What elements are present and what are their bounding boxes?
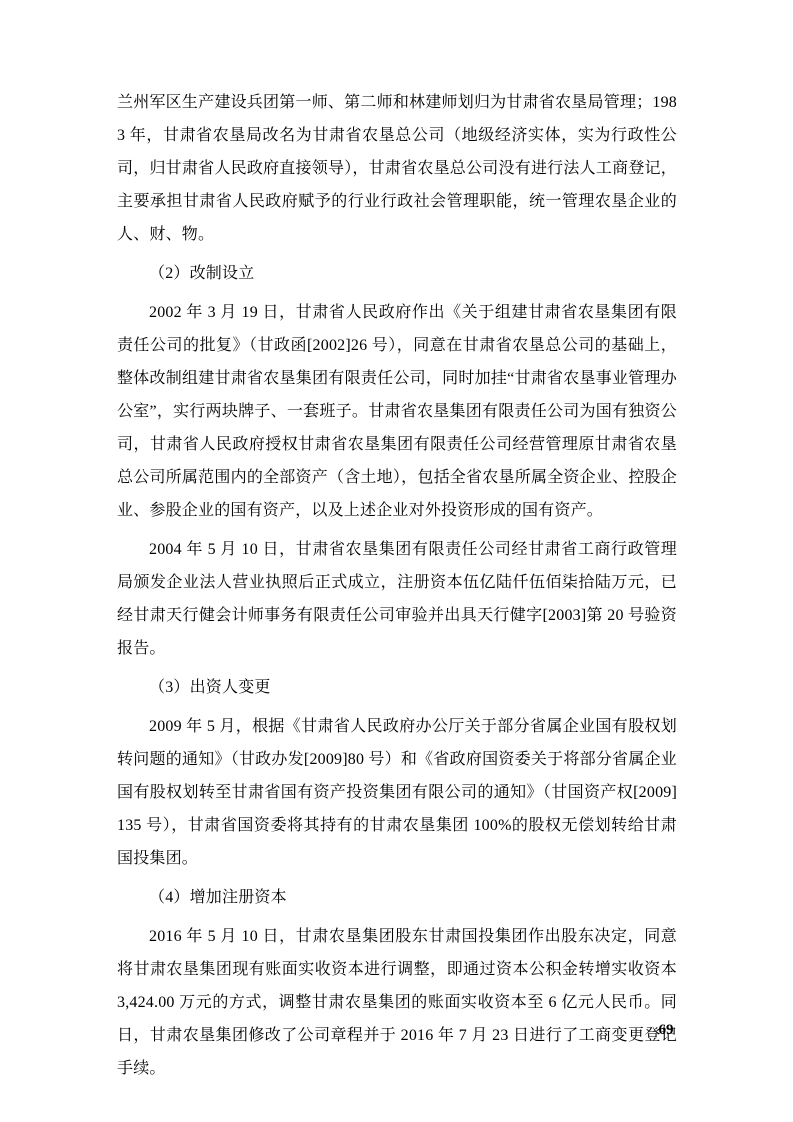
paragraph: 2004 年 5 月 10 日，甘肃省农垦集团有限责任公司经甘肃省工商行政管理局… — [117, 533, 677, 665]
paragraph: 2002 年 3 月 19 日，甘肃省人民政府作出《关于组建甘肃省农垦集团有限责… — [117, 296, 677, 527]
document-content: 兰州军区生产建设兵团第一师、第二师和林建师划归为甘肃省农垦局管理；1983 年，… — [117, 86, 677, 1091]
paragraph: 兰州军区生产建设兵团第一师、第二师和林建师划归为甘肃省农垦局管理；1983 年，… — [117, 86, 677, 251]
page-number: 69 — [648, 1020, 684, 1040]
section-heading: （3）出资人变更 — [117, 671, 677, 704]
paragraph: 2016 年 5 月 10 日，甘肃农垦集团股东甘肃国投集团作出股东决定，同意将… — [117, 920, 677, 1085]
paragraph: 2009 年 5 月，根据《甘肃省人民政府办公厅关于部分省属企业国有股权划转问题… — [117, 710, 677, 875]
section-heading: （2）改制设立 — [117, 257, 677, 290]
document-page: 兰州军区生产建设兵团第一师、第二师和林建师划归为甘肃省农垦局管理；1983 年，… — [0, 0, 793, 1122]
section-heading: （4）增加注册资本 — [117, 881, 677, 914]
